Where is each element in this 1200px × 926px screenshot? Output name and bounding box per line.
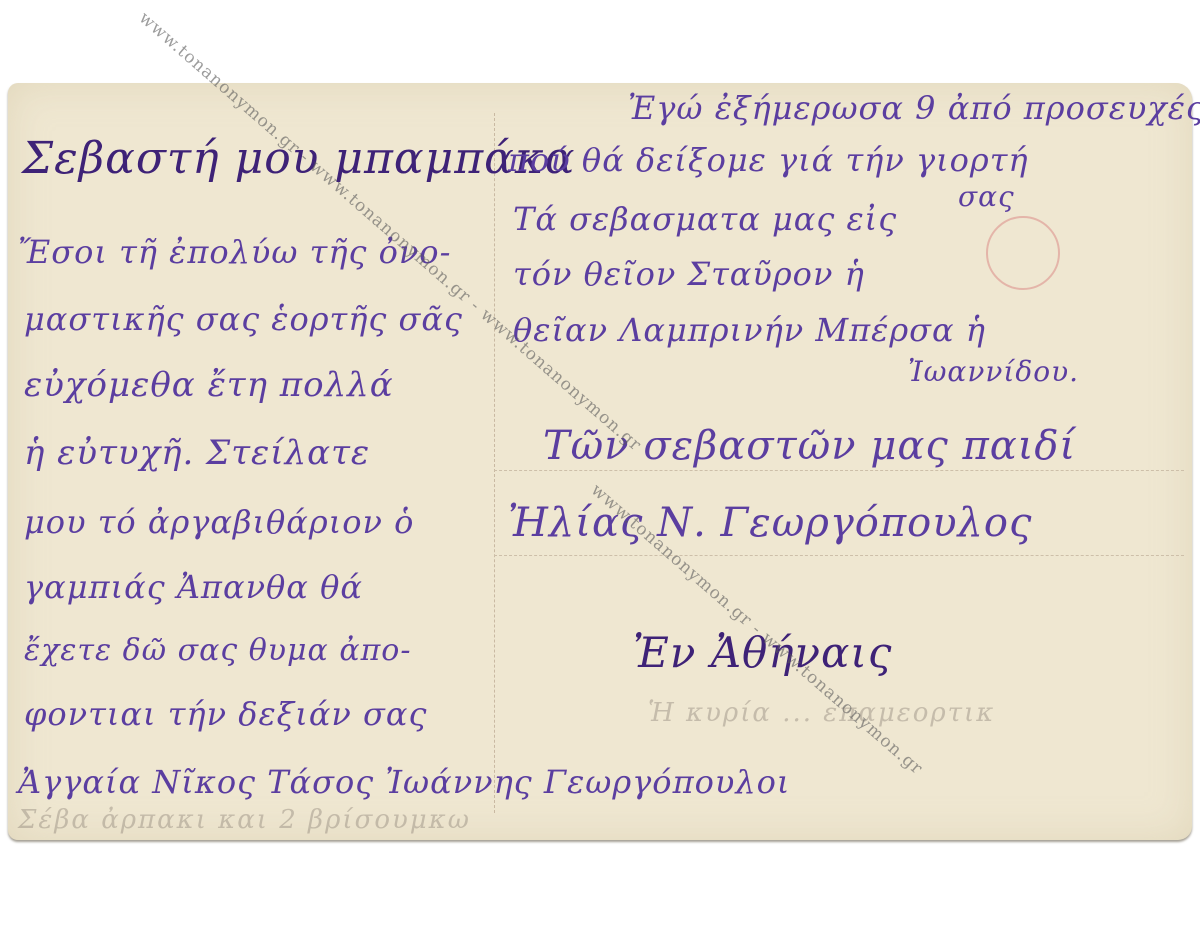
pencil-note-bottom: Σέβα ἀρπακι και 2 βρίσουμκω [18,805,471,835]
left-line-5: μου τό ἀργαβιθάριον ὁ [24,503,414,541]
top-right-line-1: Ἐγώ ἐξήμερωσα 9 ἀπό προσευχές [628,89,1200,127]
address-guide-line [494,470,1184,471]
postmark-stamp [986,216,1060,290]
address-guide-line [494,555,1184,556]
left-line-8: φοντιαι τήν δεξιάν σας [24,695,427,733]
left-line-3: εὐχόμεθα ἔτη πολλά [24,365,394,405]
postcard: Σεβαστή μου μπαμπάκα Ἐγώ ἐξήμερωσα 9 ἀπό… [8,83,1192,840]
pencil-note-right: Ἡ κυρία ... επαμεορτικ [648,698,995,728]
left-line-2: μαστικῆς σας ἑορτῆς σᾶς [24,300,463,338]
top-right-sas: σας [958,180,1015,213]
center-divider-line [494,113,495,813]
right-line-4: Ἰωαννίδου. [908,355,1079,388]
left-line-4: ἡ εὐτυχῆ. Στείλατε [24,433,370,473]
right-line-1: Τά σεβασματα μας εἰς [513,200,897,238]
left-line-7: ἔχετε δῶ σας θυμα ἀπο- [24,633,412,668]
right-line-3: θεῖαν Λαμπρινήν Μπέρσα ἡ [513,311,986,349]
right-line-2: τόν θεῖον Σταῦρον ἡ [513,255,865,293]
left-line-6: γαμπιάς Ἀπανθα θά [24,568,363,606]
children-names: Ἀγγαία Νῖκος Τάσος Ἰωάννης Γεωργόπουλοι [18,763,790,801]
top-right-line-2: πού θά δείξομε γιά τήν γιορτή [508,141,1029,179]
signature: Ἠλίας Ν. Γεωργόπουλος [508,500,1032,546]
